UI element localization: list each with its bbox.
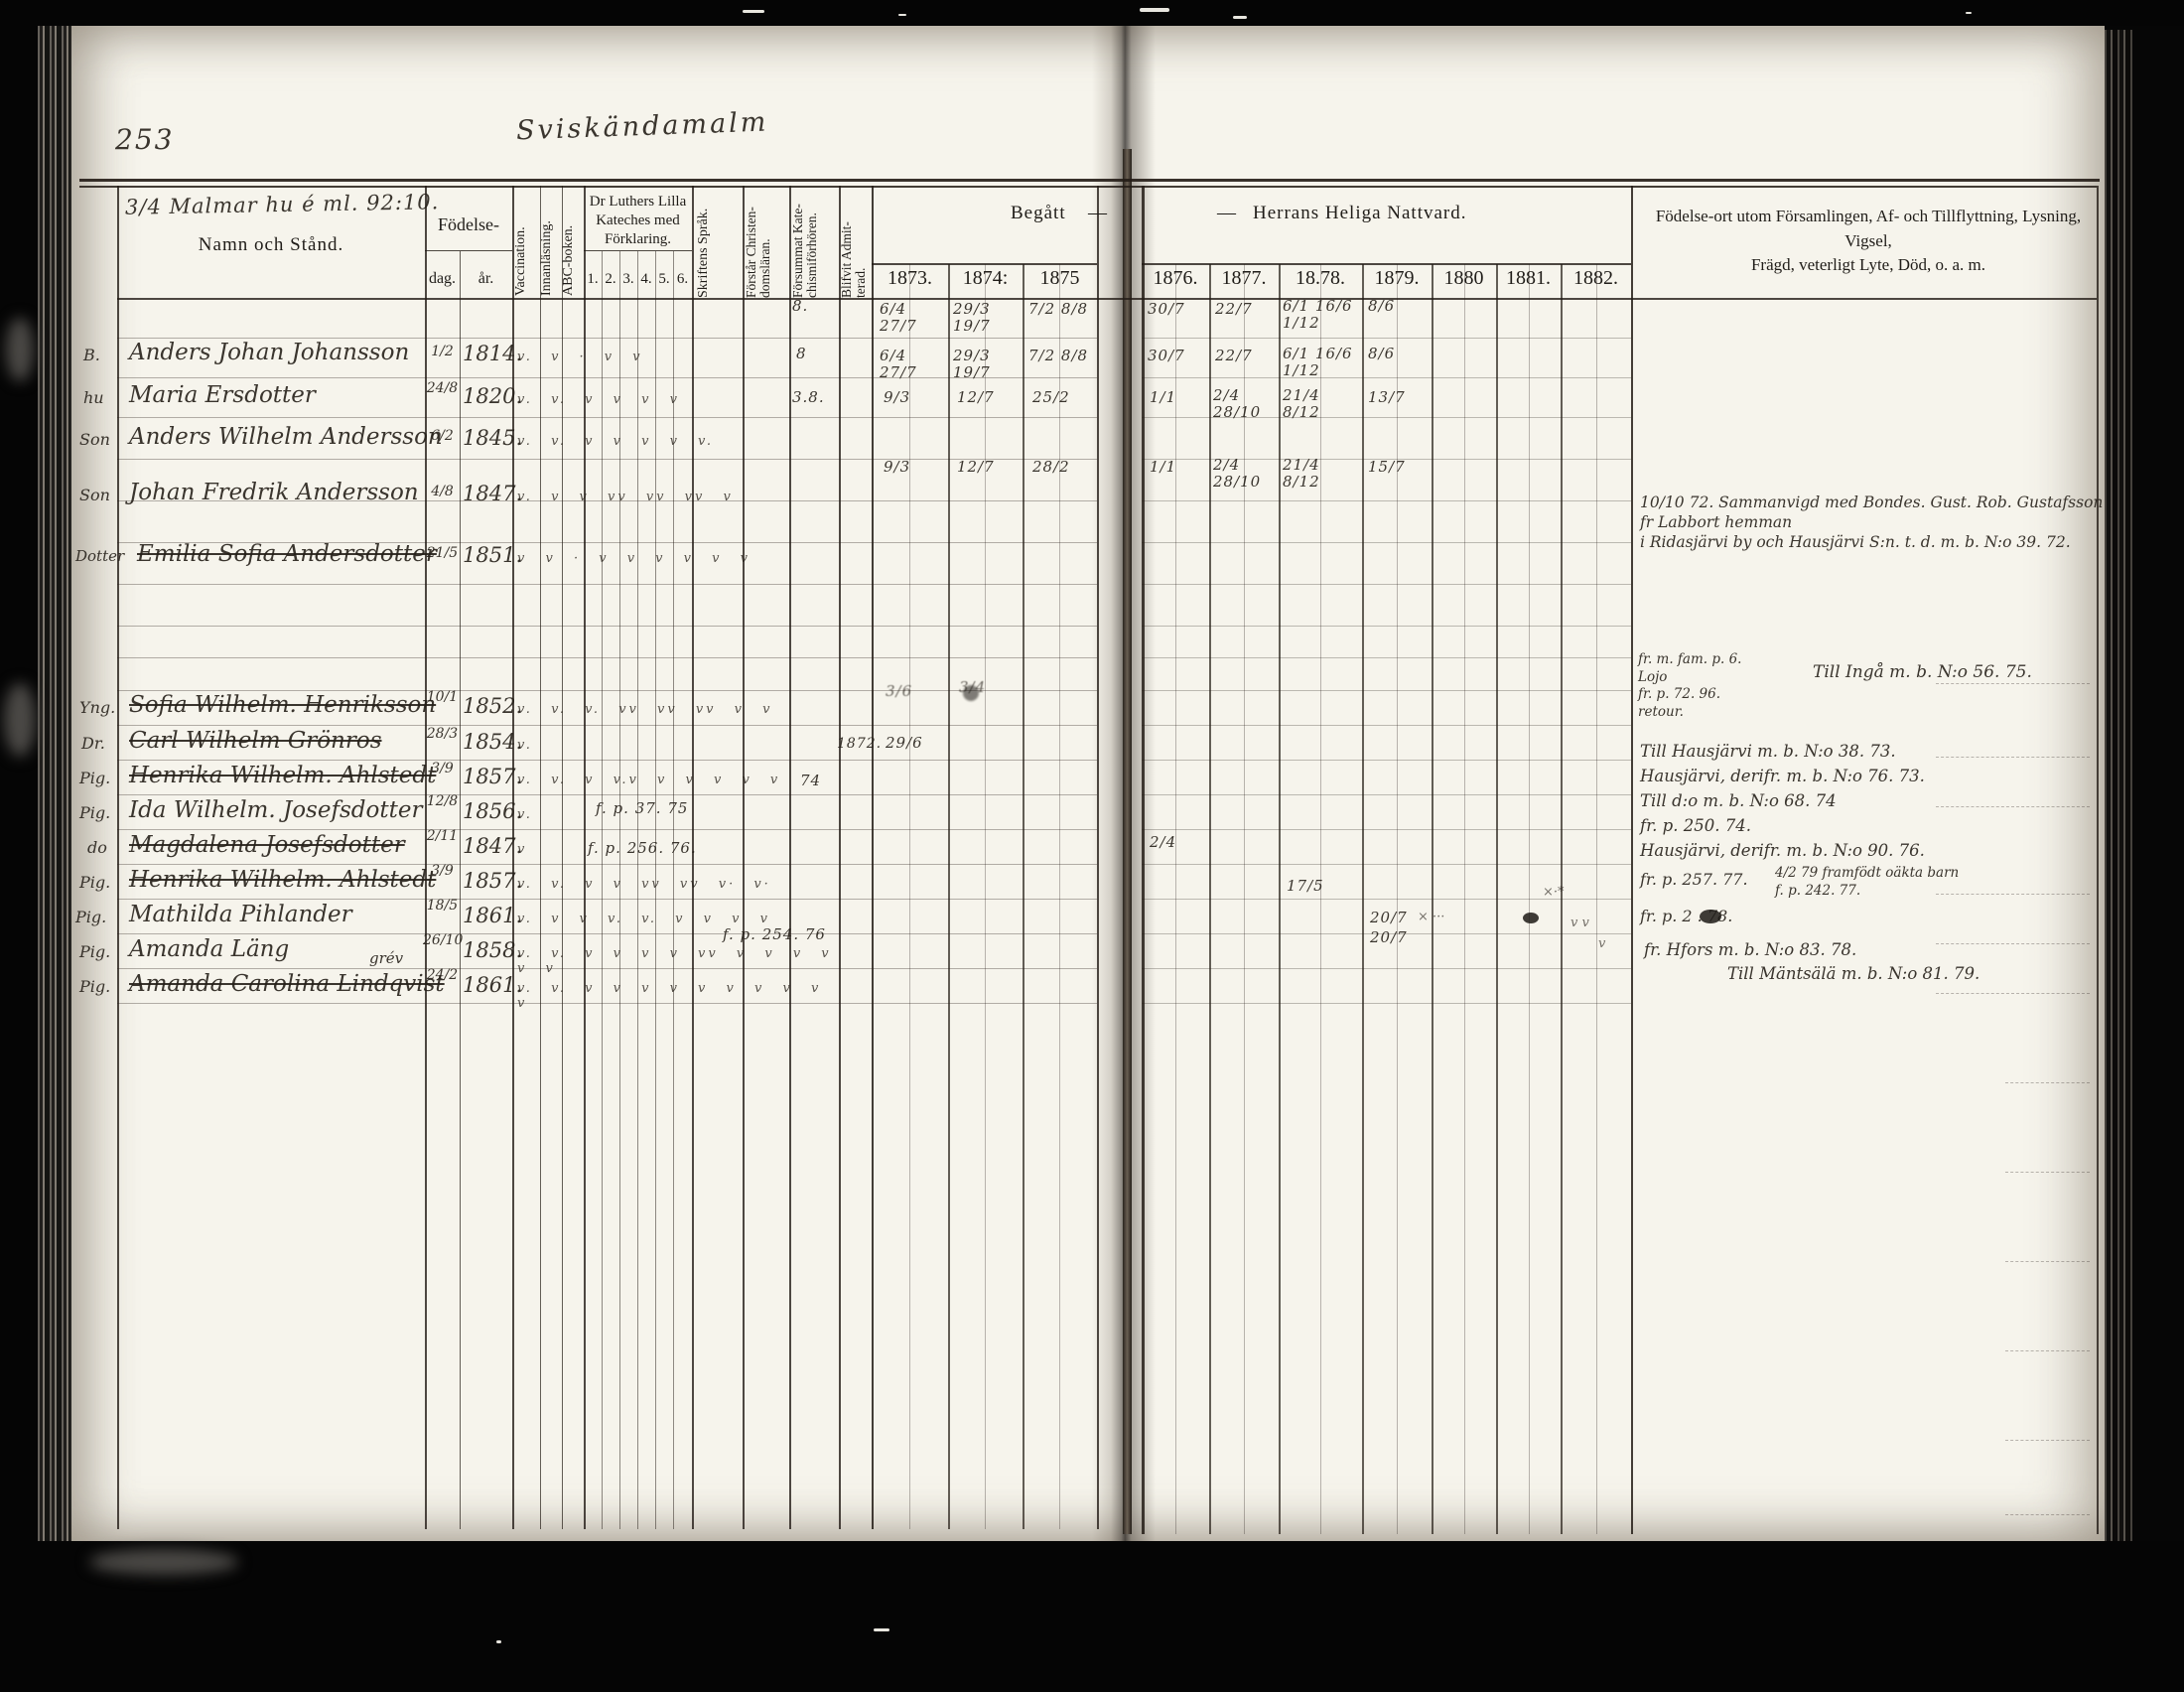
col-header-notes: Födelse-ort utom Församlingen, Af- och T… — [1646, 205, 2091, 278]
grid-line — [117, 829, 1097, 830]
grid-line — [1936, 993, 2090, 994]
birth-day: 18/5 — [425, 898, 460, 914]
birth-year: 1858. — [463, 938, 522, 962]
birth-year: 1852. — [463, 694, 522, 718]
row-prefix: B. — [83, 346, 100, 364]
exam-marks: v. — [517, 738, 825, 753]
smudge-blob — [89, 1549, 238, 1575]
grid-line — [1936, 806, 2090, 807]
communion-1875: 28/2 — [1032, 459, 1092, 476]
margin-note-dito: Till d:o m. b. N:o 68. 74 — [1640, 790, 1938, 811]
grid-line — [2097, 186, 2099, 1534]
margin-note-hausjarvi-2: Hausjärvi, derifr. m. b. N:o 76. 73. — [1640, 766, 1997, 786]
grid-line — [117, 760, 1097, 761]
year-header-1881: 1881. — [1496, 267, 1561, 290]
communion-1873: 6/4 27/7 — [880, 348, 947, 380]
page-stack-edge-left — [38, 26, 71, 1541]
grid-line — [1142, 186, 1145, 1534]
col-header-catechism: Dr Luthers Lilla Kateches med Förklaring… — [584, 193, 692, 248]
grid-line — [117, 186, 119, 1529]
ink-blot — [963, 685, 979, 701]
year-header-1875: 1875 — [1023, 267, 1097, 290]
col-header-scripture: Skriftens Språk. — [697, 189, 741, 298]
grid-line — [1142, 584, 1631, 585]
row-prefix: do — [87, 838, 107, 857]
row-prefix: Yng. — [79, 698, 115, 717]
row-prefix: Dr. — [81, 734, 105, 753]
grid-line — [985, 264, 986, 1529]
grid-line — [789, 186, 791, 1529]
grid-line — [584, 250, 692, 251]
grid-line — [1142, 760, 1631, 761]
exam-marks: v. v · v v — [517, 350, 815, 364]
communion-1873: 9/3 — [884, 389, 943, 406]
year-header-1873: 1873. — [872, 267, 948, 290]
grid-line — [743, 186, 745, 1529]
communion-1877: 22/7 — [1215, 348, 1275, 364]
margin-note-hausjarvi-3: Hausjärvi, derifr. m. b. N:o 90. 76. — [1640, 840, 1997, 861]
col-header-missed: Försummat Kate- chismiförhören. — [791, 189, 837, 298]
grid-line — [117, 794, 1097, 795]
communion-1873: 6/4 27/7 — [880, 301, 947, 334]
grid-line — [1142, 338, 1631, 339]
col-header-name: Namn och Stånd. — [117, 234, 425, 256]
communion-1879: 8/6 — [1368, 346, 1428, 362]
grid-line — [948, 264, 950, 1529]
communion-1877: 22/7 — [1215, 301, 1275, 318]
catechism-subcol: 1. — [584, 271, 602, 288]
ink-blot — [1523, 913, 1539, 923]
grid-line — [117, 298, 2097, 300]
interline-note: grév — [369, 949, 403, 967]
grid-line — [2005, 1082, 2090, 1083]
birth-year: 1861. — [463, 973, 522, 997]
catechism-page-note: f. p. 37. 75 — [596, 800, 688, 817]
grid-line — [1142, 829, 1631, 830]
col-header-admitted: Blifvit Admit- terad. — [840, 189, 870, 298]
catechism-subcol: 3. — [619, 271, 637, 288]
communion-1879: 8/6 — [1368, 298, 1428, 315]
grid-line — [460, 251, 461, 1529]
communion-1876: 30/7 — [1148, 348, 1205, 364]
grid-line — [1142, 500, 1631, 501]
col-header-abc: ABC-boken. — [562, 191, 584, 296]
grid-line — [839, 186, 841, 1529]
scratch-speck — [874, 1628, 889, 1631]
grid-line — [2005, 1172, 2090, 1173]
grid-line — [425, 250, 512, 251]
grid-line — [1142, 690, 1631, 691]
birth-year: 1845. — [463, 426, 522, 450]
exam-marks: v. v. v. vv vv vv v v — [517, 702, 825, 717]
scribble-mark: v v — [1570, 916, 1589, 930]
grid-line — [117, 899, 1097, 900]
year-header-1882: 1882. — [1561, 267, 1631, 290]
catechism-page-note: f. p. 256. 76. — [588, 840, 697, 857]
grid-line — [117, 657, 1097, 658]
col-header-birth-year: år. — [460, 270, 512, 288]
row-prefix: Son — [79, 486, 110, 504]
row-name: Anders Wilhelm Andersson — [129, 424, 443, 450]
grid-line — [562, 186, 563, 1529]
grid-line — [1142, 657, 1631, 658]
exam-marks: v. v v vv vv vv v — [517, 490, 825, 504]
row-name: Magdalena Josefsdotter — [129, 832, 405, 858]
missed-entry: 8 — [796, 346, 807, 362]
communion-1879: 20/7 — [1370, 929, 1420, 946]
scribble-mark: v — [1598, 936, 1605, 951]
exam-marks: v. v. v v.v v v v v v — [517, 773, 825, 787]
margin-note-mantsala: Till Mäntsälä m. b. N:o 81. 79. — [1727, 963, 2065, 984]
row-name: Amanda Läng — [129, 936, 289, 962]
col-header-birth-day: dag. — [425, 270, 460, 288]
communion-1878: 17/5 — [1287, 878, 1336, 895]
grid-line — [117, 725, 1097, 726]
smudge-blob — [4, 683, 36, 757]
grid-line — [692, 186, 694, 1529]
col-header-reading: Innanläsning. — [540, 191, 562, 296]
page-edge-texture-right — [2105, 30, 2132, 1579]
row-prefix: Pig. — [79, 873, 110, 892]
missed-entry: 74 — [800, 773, 821, 789]
catechism-subcol: 4. — [637, 271, 655, 288]
year-header-1879: 1879. — [1362, 267, 1432, 290]
year-header-1878: 18.78. — [1279, 267, 1362, 290]
row-name: Emilia Sofia Andersdotter — [137, 541, 437, 567]
grid-line — [584, 186, 586, 1529]
birth-day: 12/8 — [425, 793, 460, 809]
grid-line — [1142, 864, 1631, 865]
missed-entry: 3.8. — [792, 389, 825, 406]
birth-day: 21/5 — [425, 545, 460, 561]
margin-note-hausjarvi-1: Till Hausjärvi m. b. N:o 38. 73. — [1640, 741, 1978, 762]
book-fold-line — [1123, 149, 1132, 1534]
birth-day: 6/2 — [425, 428, 460, 444]
scratch-speck — [898, 14, 906, 16]
grid-line — [117, 626, 1097, 627]
communion-1877: 2/4 28/10 — [1213, 387, 1277, 420]
exam-marks: v — [517, 842, 577, 857]
scratch-speck — [1966, 12, 1972, 14]
row-name: Anders Johan Johansson — [129, 340, 409, 365]
exam-marks: v. v. v v v v v. — [517, 434, 815, 449]
grid-line — [117, 864, 1097, 865]
catechism-subcol: 2. — [602, 271, 619, 288]
birth-day: 3/9 — [425, 863, 460, 879]
exam-marks: v. v. v v v v vv v v v v v v — [517, 946, 835, 976]
grid-line — [2005, 1440, 2090, 1441]
communion-1875: 7/2 8/8 — [1028, 301, 1094, 318]
birth-day: 26/10 — [423, 932, 461, 948]
scratch-speck — [496, 1640, 501, 1643]
exam-marks: v. — [517, 807, 597, 822]
row-name: Henrika Wilhelm. Ahlstedt — [129, 867, 436, 893]
grid-line — [117, 417, 1097, 418]
communion-1878: 21/4 8/12 — [1283, 457, 1358, 490]
communion-1879: 15/7 — [1368, 459, 1428, 476]
communion-1875: 25/2 — [1032, 389, 1092, 406]
communion-1873: 29/6 — [886, 735, 935, 752]
communion-1874: 29/3 19/7 — [953, 348, 1021, 380]
margin-note-lojo: fr. m. fam. p. 6. Lojo fr. p. 72. 96. re… — [1638, 651, 1807, 721]
row-prefix: Son — [79, 430, 110, 449]
grid-line — [1142, 377, 1631, 378]
birth-day: 24/8 — [425, 380, 460, 396]
grid-line — [872, 263, 1097, 265]
birth-year: 1861. — [463, 904, 522, 927]
birth-day: 24/2 — [425, 967, 460, 983]
birth-day: 3/9 — [425, 761, 460, 776]
grid-line — [117, 377, 1097, 378]
catechism-subcol: 6. — [673, 271, 692, 288]
exam-marks: v. v. v v v v v v v v v v — [517, 981, 835, 1011]
margin-note-hfors: fr. Hfors m. b. N:o 83. 78. — [1644, 939, 1942, 960]
exam-marks: v. v. v v vv vv v· v· — [517, 877, 835, 892]
birth-day: 28/3 — [425, 726, 460, 742]
communion-1878: 6/1 16/6 1/12 — [1283, 298, 1366, 331]
grid-line — [117, 584, 1097, 585]
communion-1878: 21/4 8/12 — [1283, 387, 1358, 420]
birth-day: 10/1 — [425, 689, 460, 705]
nattvard-dash: — — [1217, 203, 1236, 224]
grid-line — [79, 179, 2100, 182]
grid-line — [1142, 263, 1631, 265]
grid-line — [1097, 186, 1099, 1529]
row-prefix: Dotter — [75, 547, 124, 565]
grid-line — [1936, 683, 2090, 684]
margin-note-barn: 4/2 79 framfödt oäkta barn f. p. 242. 77… — [1775, 865, 2083, 900]
birth-year: 1847. — [463, 834, 522, 858]
col-header-understands: Förstår Christen- domsläran. — [745, 189, 787, 298]
page-number: 253 — [115, 123, 174, 156]
scratch-speck — [743, 10, 764, 13]
year-header-1874: 1874: — [948, 267, 1023, 290]
birth-day: 2/11 — [425, 828, 460, 844]
grid-line — [1142, 725, 1631, 726]
ink-blot — [1700, 910, 1721, 923]
scratch-speck — [1140, 8, 1169, 12]
communion-1876: 1/1 — [1150, 459, 1199, 476]
communion-1876: 30/7 — [1148, 301, 1205, 318]
row-name: Henrika Wilhelm. Ahlstedt — [129, 763, 436, 788]
communion-1873: 9/3 — [884, 459, 943, 476]
row-prefix: Pig. — [75, 908, 106, 926]
grid-line — [2005, 1514, 2090, 1515]
row-prefix: hu — [83, 388, 104, 407]
birth-year: 1847. — [463, 482, 522, 505]
black-margin-top — [0, 0, 2184, 26]
col-header-vaccination: Vaccination. — [514, 191, 540, 296]
year-header-1876: 1876. — [1142, 267, 1209, 290]
row-name: Maria Ersdotter — [129, 382, 316, 408]
margin-note-marriage: 10/10 72. Sammanvigd med Bondes. Gust. R… — [1640, 493, 2116, 552]
year-header-1877: 1877. — [1209, 267, 1279, 290]
catechism-subcol: 5. — [655, 271, 673, 288]
begatt-dash: — — [1088, 203, 1107, 224]
birth-year: 1857. — [463, 869, 522, 893]
row-name: Carl Wilhelm Grönros — [129, 728, 382, 754]
col-header-begatt: Begått — [1011, 203, 1066, 224]
black-margin-left — [0, 0, 38, 1692]
birth-year: 1820. — [463, 384, 522, 408]
exam-marks: v. v v v. v. v v v v — [517, 912, 835, 926]
row-name: Johan Fredrik Andersson — [129, 480, 419, 505]
communion-1879: 13/7 — [1368, 389, 1428, 406]
col-header-nattvard: Herrans Heliga Nattvard. — [1253, 203, 1467, 224]
birth-year: 1856. — [463, 799, 522, 823]
communion-1874: 29/3 19/7 — [953, 301, 1021, 334]
row-name: Ida Wilhelm. Josefsdotter — [129, 797, 422, 823]
margin-note-inga: Till Ingå m. b. N:o 56. 75. — [1813, 661, 2111, 683]
grid-line — [2005, 1261, 2090, 1262]
grid-line — [1142, 542, 1631, 543]
grid-line — [1142, 968, 1631, 969]
communion-1876: 2/4 — [1150, 834, 1199, 851]
birth-day: 4/8 — [425, 484, 460, 499]
scribble-mark: × ··· — [1418, 910, 1444, 924]
communion-1875: 7/2 8/8 — [1028, 348, 1094, 364]
exam-marks: v. v. v v v v — [517, 392, 815, 407]
birth-year: 1814. — [463, 342, 522, 365]
communion-1876: 1/1 — [1150, 389, 1199, 406]
grid-line — [79, 186, 2097, 188]
grid-line — [117, 690, 1097, 691]
grid-line — [117, 459, 1097, 460]
grid-line — [1059, 264, 1060, 1529]
grid-line — [1023, 264, 1024, 1529]
scratch-speck — [1233, 16, 1247, 19]
row-prefix: Pig. — [79, 803, 110, 822]
scripture-page-note: f. p. 254. 76 — [723, 926, 826, 943]
grid-line — [117, 933, 1097, 934]
scribble-mark: ×·* — [1543, 885, 1565, 900]
grid-line — [117, 338, 1097, 339]
birth-year: 1854. — [463, 730, 522, 754]
row-prefix: Pig. — [79, 942, 110, 961]
communion-1873: 3/6 — [886, 683, 935, 700]
scanned-ledger-photo: 253 Sviskändamalm 3/4 Malmar hu é ml. 92… — [0, 0, 2184, 1692]
grid-line — [1631, 186, 1633, 1534]
exam-marks: v v · v v v v v v — [517, 551, 825, 566]
communion-1874: 12/7 — [957, 389, 1017, 406]
missed-entry: 8. — [792, 298, 808, 315]
grid-line — [909, 264, 910, 1529]
communion-1874: 12/7 — [957, 459, 1017, 476]
birth-year: 1857. — [463, 765, 522, 788]
row-name: Mathilda Pihlander — [129, 902, 352, 927]
communion-1878: 6/1 16/6 1/12 — [1283, 346, 1366, 378]
row-name: Sofia Wilhelm. Henriksson — [129, 692, 436, 718]
birth-year: 1851. — [463, 543, 522, 567]
communion-1877: 2/4 28/10 — [1213, 457, 1277, 490]
grid-line — [540, 186, 541, 1529]
grid-line — [1142, 794, 1631, 795]
col-header-birth: Födelse- — [425, 214, 512, 235]
year-header-1880: 1880 — [1432, 267, 1496, 290]
row-prefix: Pig. — [79, 977, 110, 996]
admitted-entry: 1872. — [837, 737, 882, 752]
grid-line — [1142, 1003, 1631, 1004]
grid-line — [2005, 1350, 2090, 1351]
row-name: Amanda Carolina Lindqvist — [129, 971, 445, 997]
smudge-blob — [6, 318, 34, 381]
margin-note-frp250: fr. p. 250. 74. — [1640, 815, 1858, 836]
margin-note-frp2xx: fr. p. 2 . 78. — [1640, 907, 1839, 927]
row-prefix: Pig. — [79, 769, 110, 787]
black-margin-bottom — [0, 1541, 2184, 1692]
grid-line — [1142, 626, 1631, 627]
communion-1879: 20/7 — [1370, 910, 1420, 926]
grid-line — [872, 186, 874, 1529]
birth-day: 1/2 — [425, 344, 460, 359]
grid-line — [1936, 943, 2090, 944]
